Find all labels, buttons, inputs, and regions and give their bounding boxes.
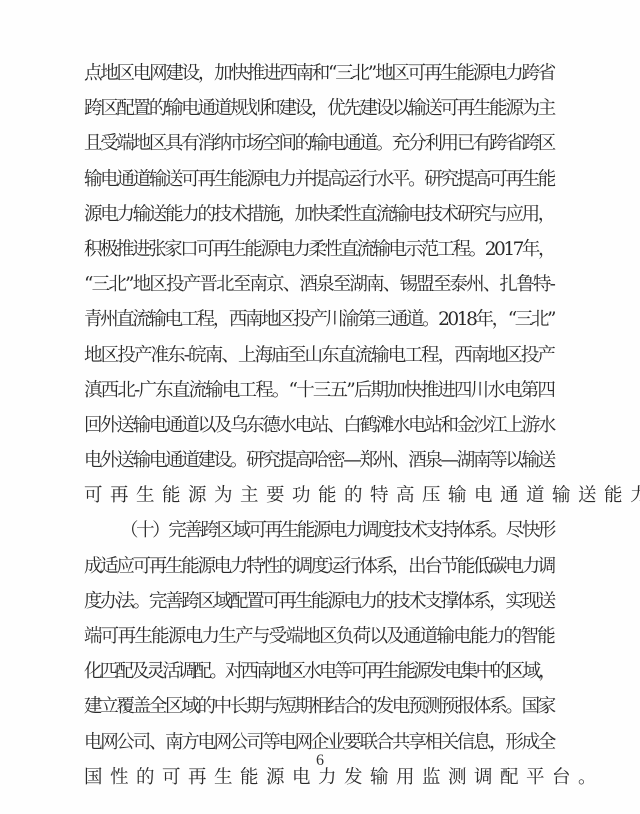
body-text: 点地区电网建设，加快推进西南和“三北”地区可再生能源电力跨省 跨区配置的输电通道… (84, 56, 554, 795)
text-line: 滇西北-广东直流输电工程。“十三五”后期加快推进四川水电第四 (84, 373, 554, 408)
paragraph-cross-region-transmission: 点地区电网建设，加快推进西南和“三北”地区可再生能源电力跨省 跨区配置的输电通道… (84, 56, 554, 513)
text-line: 点地区电网建设，加快推进西南和“三北”地区可再生能源电力跨省 (84, 56, 554, 91)
text-line: 源电力输送能力的技术措施，加快柔性直流输电技术研究与应用， (84, 197, 554, 232)
text-line: 回外送输电通道以及乌东德水电站、白鹤滩水电站和金沙江上游水 (84, 408, 554, 443)
text-line: 输电通道输送可再生能源电力并提高运行水平。研究提高可再生能 (84, 162, 554, 197)
text-line: 地区投产准东-皖南、上海庙至山东直流输电工程，西南地区投产 (84, 338, 554, 373)
document-page: 点地区电网建设，加快推进西南和“三北”地区可再生能源电力跨省 跨区配置的输电通道… (0, 0, 640, 814)
text-line: 化匹配及灵活调配。对西南地区水电等可再生能源发电集中的区域， (84, 654, 554, 689)
text-line: 跨区配置的输电通道规划和建设，优先建设以输送可再生能源为主 (84, 91, 554, 126)
text-line: 可再生能源为主要功能的特高压输电通道输送能力。 (84, 478, 554, 513)
page-number: 6 (0, 752, 640, 770)
text-line: 且受端地区具有消纳市场空间的输电通道。充分利用已有跨省跨区 (84, 126, 554, 161)
text-line: 成适应可再生能源电力特性的调度运行体系，出台节能低碳电力调 (84, 549, 554, 584)
text-line: 度办法。完善跨区域配置可再生能源电力的技术支撑体系，实现送 (84, 584, 554, 619)
text-line: 青州直流输电工程，西南地区投产川渝第三通道。2018年，“三北” (84, 302, 554, 337)
text-line: 端可再生能源电力生产与受端地区负荷以及通道输电能力的智能 (84, 619, 554, 654)
text-line: 电外送输电通道建设。研究提高哈密—郑州、酒泉—湖南等以输送 (84, 443, 554, 478)
text-line: 积极推进张家口可再生能源电力柔性直流输电示范工程。2017年， (84, 232, 554, 267)
text-line: “三北”地区投产晋北至南京、酒泉至湖南、锡盟至泰州、扎鲁特- (84, 267, 554, 302)
section-heading-line: （十）完善跨区域可再生能源电力调度技术支持体系。尽快形 (84, 513, 554, 548)
text-line: 建立覆盖全区域的中长期与短期相结合的发电预测预报体系。国家 (84, 689, 554, 724)
